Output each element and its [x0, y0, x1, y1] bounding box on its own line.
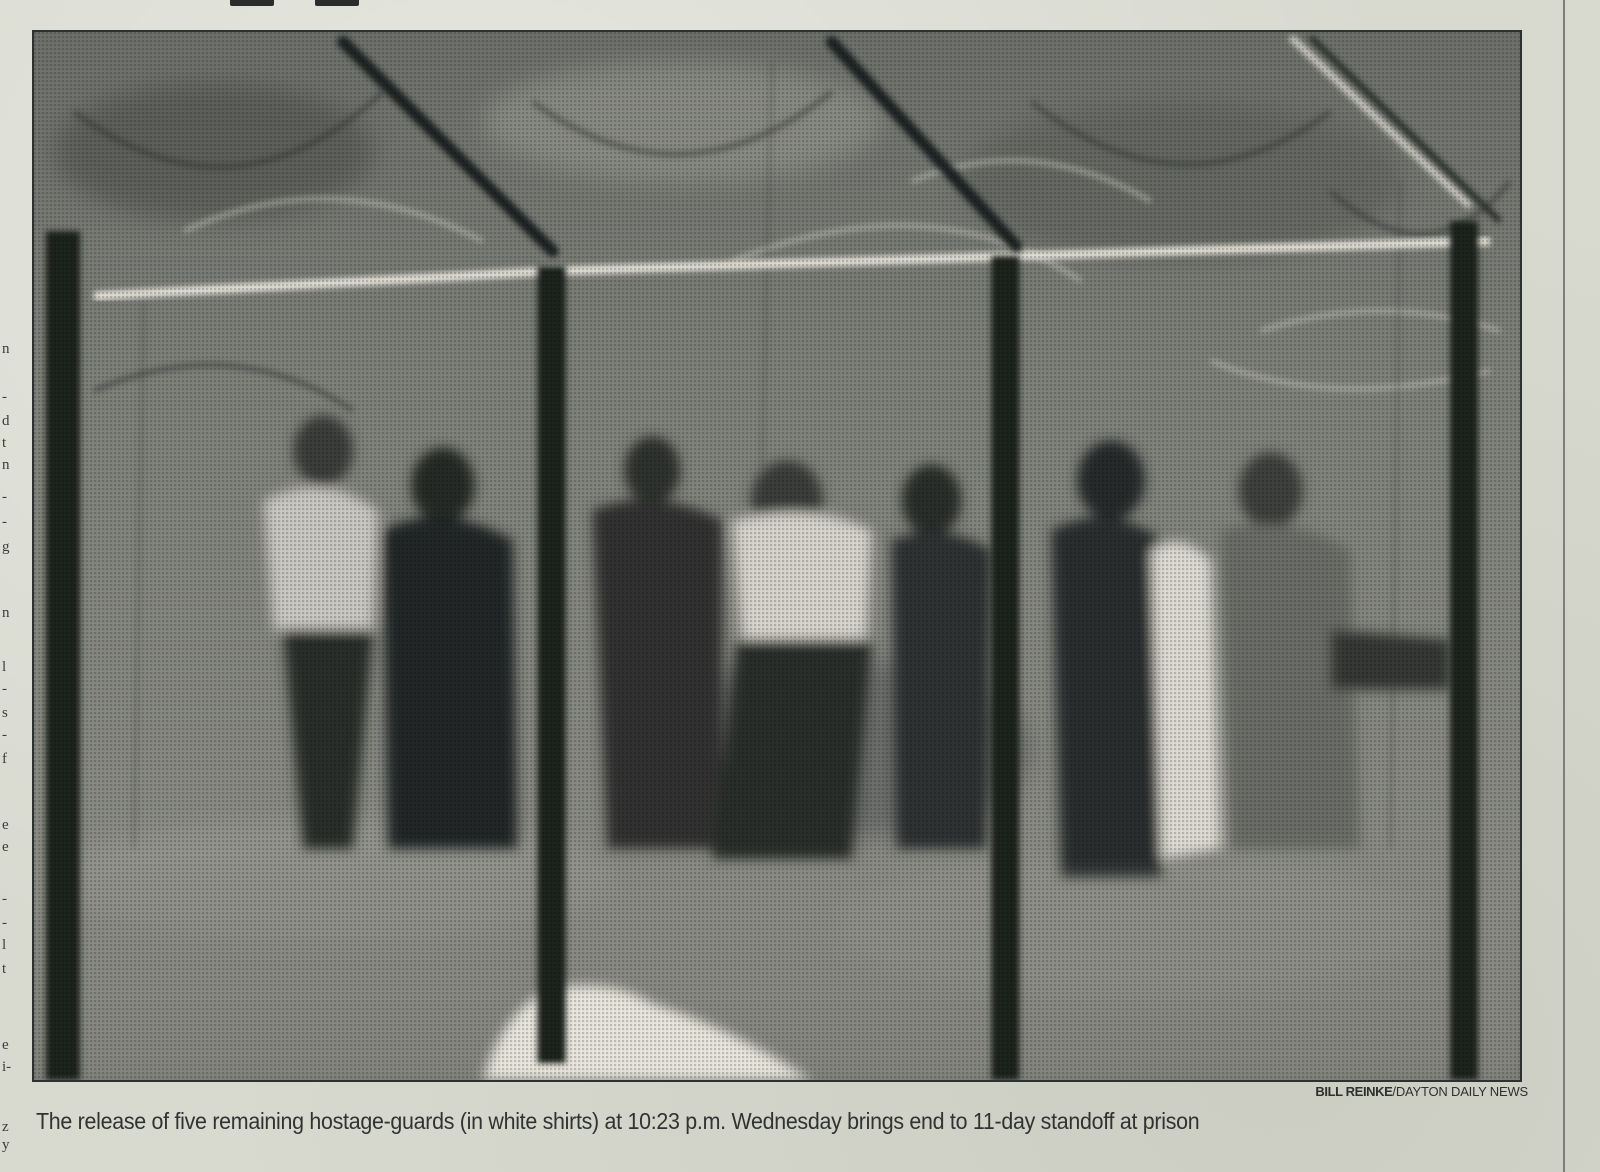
- column-text-fragment: l: [2, 660, 6, 675]
- column-text-fragment: -: [2, 916, 7, 931]
- column-text-fragment: t: [2, 962, 6, 977]
- column-text-fragment: n: [2, 342, 10, 357]
- column-text-fragment: n: [2, 458, 10, 473]
- column-text-fragment: -: [2, 390, 7, 405]
- column-text-fragment: -: [2, 490, 7, 505]
- column-text-fragment: e: [2, 1038, 9, 1053]
- halftone-texture: [34, 32, 1520, 1080]
- photo-caption: The release of five remaining hostage-gu…: [36, 1108, 1199, 1135]
- column-text-fragment: e: [2, 818, 9, 833]
- column-text-fragment: f: [2, 752, 7, 767]
- news-photo: [32, 30, 1522, 1082]
- photographer-name: BILL REINKE: [1315, 1084, 1392, 1099]
- column-text-fragment: n: [2, 606, 10, 621]
- headline-fragment: [230, 0, 274, 6]
- column-text-fragment: z: [2, 1120, 9, 1135]
- column-text-fragment: -: [2, 682, 7, 697]
- photo-credit: BILL REINKE/DAYTON DAILY NEWS: [1315, 1084, 1528, 1099]
- column-text-fragment: i-: [2, 1060, 11, 1075]
- publication-name: DAYTON DAILY NEWS: [1396, 1084, 1528, 1099]
- column-text-fragment: -: [2, 515, 7, 530]
- column-text-fragment: e: [2, 840, 9, 855]
- column-text-fragment: -: [2, 892, 7, 907]
- column-text-fragment: y: [2, 1138, 10, 1153]
- clipped-article-column: n-dtn--gnl-s-fee--ltei-zy: [0, 330, 14, 1172]
- column-rule: [1563, 0, 1565, 1172]
- column-text-fragment: t: [2, 436, 6, 451]
- column-text-fragment: l: [2, 938, 6, 953]
- column-text-fragment: d: [2, 414, 10, 429]
- column-text-fragment: g: [2, 540, 10, 555]
- headline-fragment: [315, 0, 359, 6]
- column-text-fragment: -: [2, 728, 7, 743]
- column-text-fragment: s: [2, 706, 8, 721]
